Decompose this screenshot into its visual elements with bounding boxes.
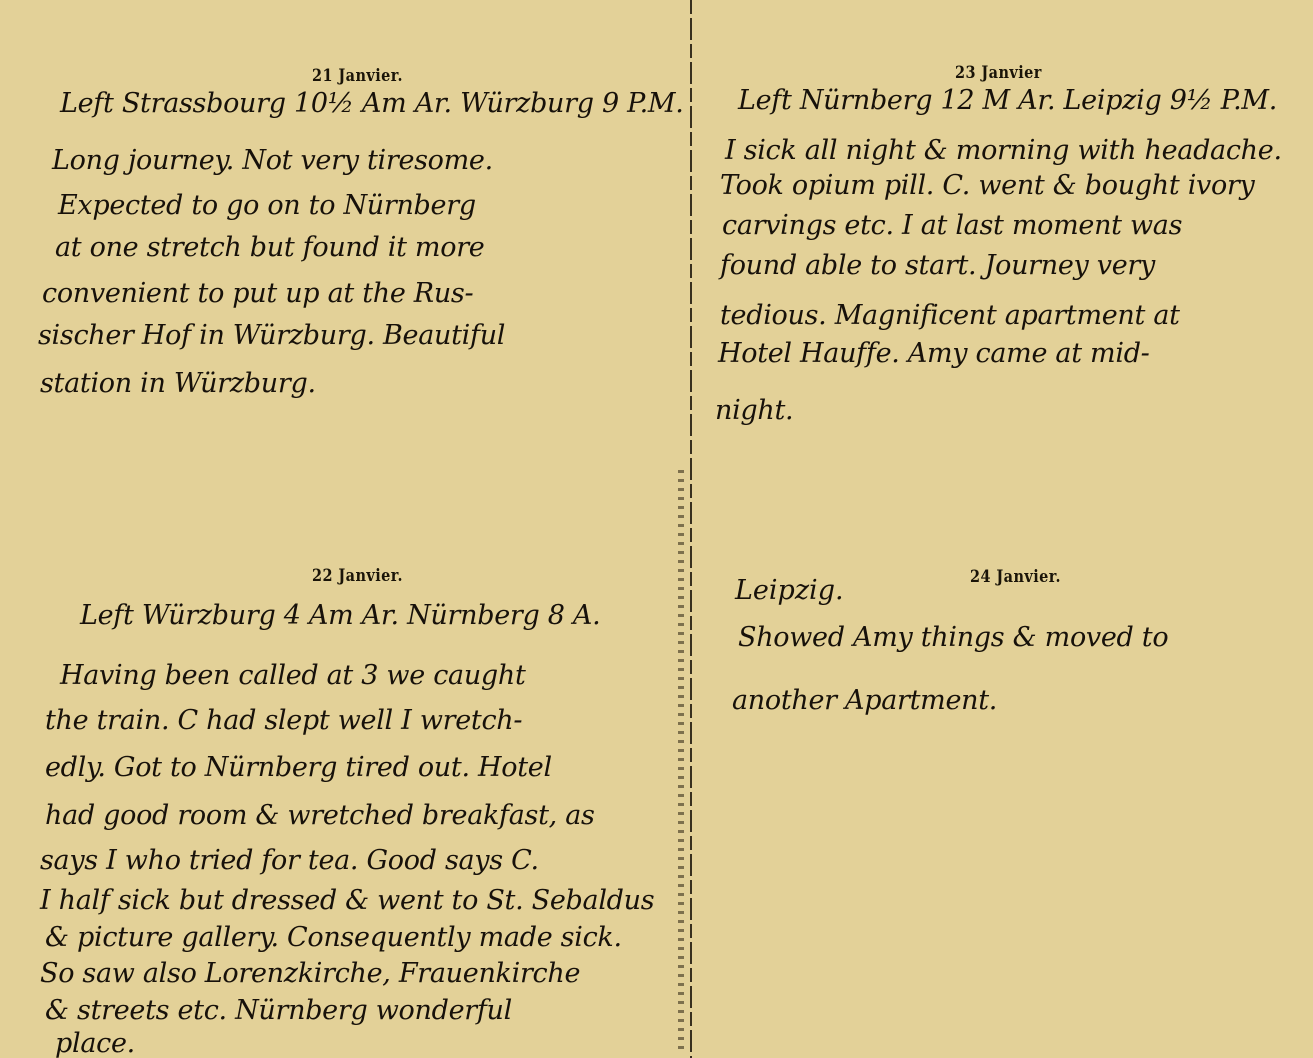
spine-speckle	[678, 470, 684, 1050]
entry-line: & streets etc. Nürnberg wonderful	[45, 995, 512, 1026]
entry-line: Expected to go on to Nürnberg	[58, 190, 476, 221]
entry-line: I half sick but dressed & went to St. Se…	[40, 885, 654, 916]
entry-line: found able to start. Journey very	[720, 250, 1155, 281]
entry-place-leipzig: Leipzig.	[735, 575, 844, 606]
entry-line: another Apartment.	[732, 685, 997, 716]
book-spine-divider	[688, 0, 694, 1058]
entry-line: Long journey. Not very tiresome.	[52, 145, 493, 176]
entry-date-24: 24 Janvier.	[970, 567, 1061, 587]
entry-line: convenient to put up at the Rus-	[42, 278, 473, 309]
entry-line: sischer Hof in Würzburg. Beautiful	[38, 320, 505, 351]
entry-line: Took opium pill. C. went & bought ivory	[720, 170, 1255, 201]
entry-line: Hotel Hauffe. Amy came at mid-	[718, 338, 1150, 369]
entry-date-21: 21 Janvier.	[312, 66, 403, 86]
entry-line: place.	[55, 1028, 135, 1058]
entry-line: Left Strassbourg 10½ Am Ar. Würzburg 9 P…	[60, 88, 684, 119]
entry-line: had good room & wretched breakfast, as	[45, 800, 595, 831]
entry-line: I sick all night & morning with headache…	[725, 135, 1282, 166]
entry-line: Left Nürnberg 12 M Ar. Leipzig 9½ P.M.	[738, 85, 1277, 116]
entry-line: & picture gallery. Consequently made sic…	[45, 922, 622, 953]
entry-line: Having been called at 3 we caught	[60, 660, 526, 691]
entry-line: the train. C had slept well I wretch-	[45, 705, 522, 736]
entry-date-22: 22 Janvier.	[312, 566, 403, 586]
entry-line: So saw also Lorenzkirche, Frauenkirche	[40, 958, 580, 989]
entry-line: station in Würzburg.	[40, 368, 316, 399]
entry-line: says I who tried for tea. Good says C.	[40, 845, 539, 876]
entry-line: tedious. Magnificent apartment at	[720, 300, 1180, 331]
entry-line: Left Würzburg 4 Am Ar. Nürnberg 8 A.	[80, 600, 600, 631]
entry-date-23: 23 Janvier	[955, 63, 1042, 83]
entry-line: at one stretch but found it more	[55, 232, 484, 263]
left-page: 21 Janvier. Left Strassbourg 10½ Am Ar. …	[0, 0, 690, 1058]
entry-line: carvings etc. I at last moment was	[722, 210, 1182, 241]
spine-line	[690, 0, 692, 1058]
entry-line: edly. Got to Nürnberg tired out. Hotel	[45, 752, 552, 783]
entry-line: night.	[715, 395, 793, 426]
entry-line: Showed Amy things & moved to	[738, 622, 1168, 653]
right-page: 23 Janvier Left Nürnberg 12 M Ar. Leipzi…	[700, 0, 1313, 1058]
